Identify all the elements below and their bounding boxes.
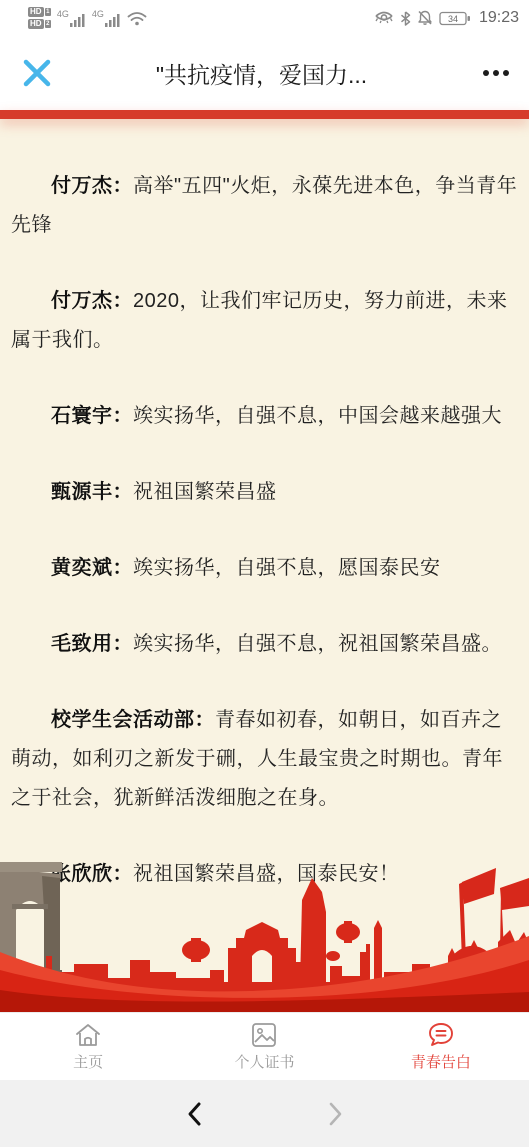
forward-icon bbox=[323, 1100, 347, 1128]
hd1-icon: HD1 bbox=[28, 7, 51, 17]
svg-text:34: 34 bbox=[448, 14, 458, 24]
tab-certificate-label: 个人证书 bbox=[234, 1051, 294, 1072]
message-text: 竢实扬华，自强不息，祝祖国繁荣昌盛。 bbox=[133, 633, 502, 655]
system-nav-bar bbox=[0, 1080, 529, 1147]
red-divider bbox=[0, 110, 529, 119]
status-right: 34 19:23 bbox=[374, 9, 519, 27]
status-bar: HD1 HD2 4G 4G bbox=[0, 0, 529, 36]
tower bbox=[300, 878, 326, 984]
lantern-1 bbox=[182, 938, 210, 962]
message-author: 付万杰： bbox=[51, 290, 133, 312]
status-left: HD1 HD2 4G 4G bbox=[28, 7, 147, 29]
message-author: 石寰宇： bbox=[51, 405, 133, 427]
clock-time: 19:23 bbox=[479, 9, 519, 27]
tab-home-label: 主页 bbox=[73, 1051, 103, 1072]
tab-bar: 主页 个人证书 青春告白 bbox=[0, 1012, 529, 1080]
tab-certificate[interactable]: 个人证书 bbox=[176, 1013, 352, 1080]
more-icon bbox=[483, 70, 489, 76]
skyline-illustration bbox=[0, 852, 529, 1012]
message-item: 付万杰：高举"五四"火炬，永葆先进本色，争当青年先锋 bbox=[11, 167, 518, 245]
close-icon bbox=[22, 58, 52, 88]
back-icon bbox=[183, 1100, 207, 1128]
message-list: 付万杰：高举"五四"火炬，永葆先进本色，争当青年先锋 付万杰：2020，让我们牢… bbox=[0, 119, 529, 894]
battery-icon: 34 bbox=[439, 11, 471, 26]
message-item: 付万杰：2020，让我们牢记历史，努力前进，未来属于我们。 bbox=[11, 282, 518, 360]
message-author: 黄奕斌： bbox=[51, 557, 133, 579]
message-item: 毛致用：竢实扬华，自强不息，祝祖国繁荣昌盛。 bbox=[11, 625, 518, 664]
signal-1-icon: 4G bbox=[57, 10, 86, 27]
back-button[interactable] bbox=[175, 1094, 215, 1134]
forward-button[interactable] bbox=[315, 1094, 355, 1134]
wifi-icon bbox=[127, 11, 147, 26]
eye-comfort-icon bbox=[374, 11, 394, 25]
message-text: 祝祖国繁荣昌盛 bbox=[133, 481, 277, 503]
message-author: 付万杰： bbox=[51, 175, 133, 197]
message-text: 竢实扬华，自强不息，中国会越来越强大 bbox=[133, 405, 502, 427]
comment-icon bbox=[427, 1022, 455, 1048]
gate-arch bbox=[228, 922, 296, 984]
message-author: 甄源丰： bbox=[51, 481, 133, 503]
close-button[interactable] bbox=[20, 56, 54, 90]
bluetooth-icon bbox=[400, 11, 411, 26]
message-text: 竢实扬华，自强不息，愿国泰民安 bbox=[133, 557, 441, 579]
signal-2-icon: 4G bbox=[92, 10, 121, 27]
bell-muted-icon bbox=[417, 10, 433, 26]
nav-bar: "共抗疫情，爱国力... bbox=[0, 36, 529, 110]
message-author: 毛致用： bbox=[51, 633, 133, 655]
message-author: 校学生会活动部： bbox=[51, 709, 215, 731]
tab-confession-label: 青春告白 bbox=[411, 1051, 471, 1072]
message-item: 校学生会活动部：青春如初春，如朝日，如百卉之萌动，如利刃之新发于硎，人生最宝贵之… bbox=[11, 701, 518, 818]
pagoda bbox=[374, 920, 382, 984]
article-content: 付万杰：高举"五四"火炬，永葆先进本色，争当青年先锋 付万杰：2020，让我们牢… bbox=[0, 119, 529, 1012]
home-icon bbox=[74, 1022, 102, 1048]
lantern-2 bbox=[326, 921, 360, 961]
more-menu-button[interactable] bbox=[469, 70, 509, 76]
hd2-icon: HD2 bbox=[28, 19, 51, 29]
phone-screen: HD1 HD2 4G 4G bbox=[0, 0, 529, 1147]
certificate-icon bbox=[250, 1022, 278, 1048]
tab-home[interactable]: 主页 bbox=[0, 1013, 176, 1080]
message-item: 黄奕斌：竢实扬华，自强不息，愿国泰民安 bbox=[11, 549, 518, 588]
tab-confession[interactable]: 青春告白 bbox=[353, 1013, 529, 1080]
message-item: 甄源丰：祝祖国繁荣昌盛 bbox=[11, 473, 518, 512]
page-title: "共抗疫情，爱国力... bbox=[54, 57, 469, 90]
message-item: 石寰宇：竢实扬华，自强不息，中国会越来越强大 bbox=[11, 397, 518, 436]
hd-badges: HD1 HD2 bbox=[28, 7, 51, 29]
